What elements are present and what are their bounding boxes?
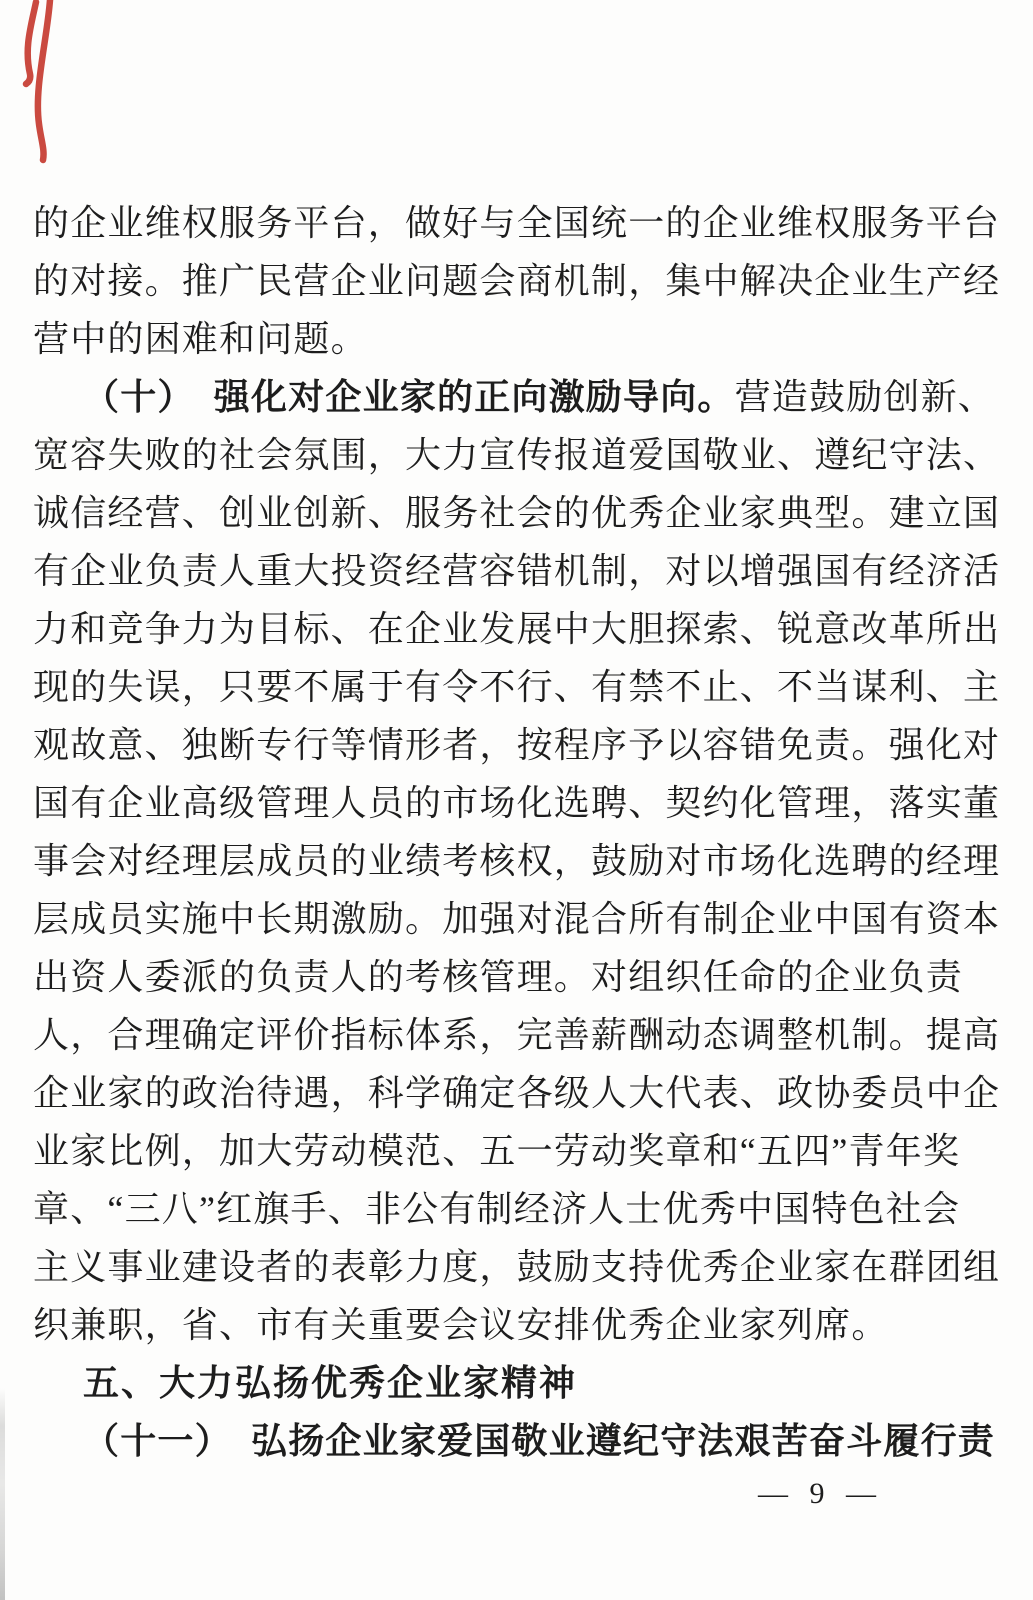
text-line: 有企业负责人重大投资经营容错机制，对以增强国有经济活	[33, 542, 1005, 600]
document-page: 的企业维权服务平台，做好与全国统一的企业维权服务平台 的对接。推广民营企业问题会…	[0, 0, 1033, 1600]
text-line: 营中的困难和问题。	[33, 310, 1005, 368]
item-heading-ten: （十） 强化对企业家的正向激励导向。营造鼓励创新、	[33, 368, 1005, 426]
text-line: 织兼职，省、市有关重要会议安排优秀企业家列席。	[33, 1296, 1005, 1354]
text-line: 的企业维权服务平台，做好与全国统一的企业维权服务平台	[33, 194, 1005, 252]
text-line: 层成员实施中长期激励。加强对混合所有制企业中国有资本	[33, 890, 1005, 948]
text-line: 力和竞争力为目标、在企业发展中大胆探索、锐意改革所出	[33, 600, 1005, 658]
item-heading-eleven: （十一） 弘扬企业家爱国敬业遵纪守法艰苦奋斗履行责	[33, 1412, 1005, 1470]
section-heading-five: 五、大力弘扬优秀企业家精神	[33, 1354, 1005, 1412]
text-line: 出资人委派的负责人的考核管理。对组织任命的企业负责	[33, 948, 1005, 1006]
text-line: 主义事业建设者的表彰力度，鼓励支持优秀企业家在群团组	[33, 1238, 1005, 1296]
text-line: 宽容失败的社会氛围，大力宣传报道爱国敬业、遵纪守法、	[33, 426, 1005, 484]
page-number: — 9 —	[758, 1474, 883, 1514]
body-text: 的企业维权服务平台，做好与全国统一的企业维权服务平台 的对接。推广民营企业问题会…	[33, 194, 1005, 1470]
red-ink-mark	[14, 0, 62, 168]
text-line: 观故意、独断专行等情形者，按程序予以容错免责。强化对	[33, 716, 1005, 774]
text-line: 事会对经理层成员的业绩考核权，鼓励对市场化选聘的经理	[33, 832, 1005, 890]
text-line: 企业家的政治待遇，科学确定各级人大代表、政协委员中企	[33, 1064, 1005, 1122]
text-line: 的对接。推广民营企业问题会商机制，集中解决企业生产经	[33, 252, 1005, 310]
text-line: 人，合理确定评价指标体系，完善薪酬动态调整机制。提高	[33, 1006, 1005, 1064]
text-line: 现的失误，只要不属于有令不行、有禁不止、不当谋利、主	[33, 658, 1005, 716]
text-line: 诚信经营、创业创新、服务社会的优秀企业家典型。建立国	[33, 484, 1005, 542]
text-line: 章、“三八”红旗手、非公有制经济人士优秀中国特色社会	[33, 1180, 1005, 1238]
text-line: 业家比例，加大劳动模范、五一劳动奖章和“五四”青年奖	[33, 1122, 1005, 1180]
scan-edge-artifact	[0, 1388, 5, 1600]
text-line: 国有企业高级管理人员的市场化选聘、契约化管理，落实董	[33, 774, 1005, 832]
